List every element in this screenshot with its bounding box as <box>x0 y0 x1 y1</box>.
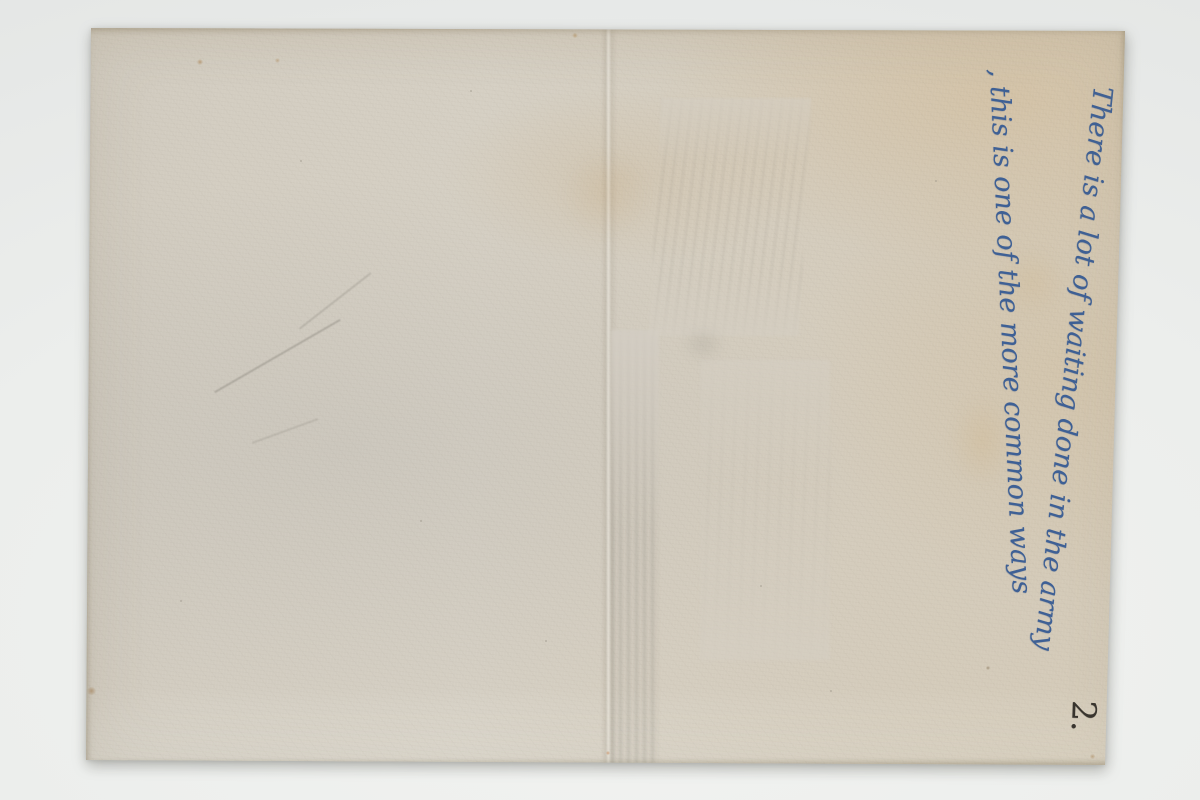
foxing-spot <box>572 33 578 38</box>
page-number: 2. <box>1064 700 1104 733</box>
age-stain <box>995 245 1067 317</box>
foxing-spot <box>986 666 990 670</box>
paper-shadow: There is a lot of waiting done in the ar… <box>0 0 1200 800</box>
foxing-spot <box>1090 754 1095 759</box>
paper-fleck <box>300 160 302 162</box>
scratch-mark <box>214 319 341 393</box>
graphite-smudge-column <box>611 330 659 765</box>
paper-sheet: There is a lot of waiting done in the ar… <box>0 0 1200 800</box>
handwriting-line-2: , this is one of the more common ways <box>983 68 1037 595</box>
paper-fleck <box>420 520 422 522</box>
scratch-mark <box>299 272 371 329</box>
scratch-mark <box>252 418 318 443</box>
paper-grain-texture <box>0 0 1200 800</box>
foxing-spot <box>275 58 280 63</box>
gray-smudge <box>682 328 724 360</box>
paper-fleck <box>760 585 762 587</box>
paper-fleck <box>180 600 182 602</box>
pencil-striations-upper <box>649 98 811 336</box>
foxing-spot <box>197 59 203 65</box>
foxing-spot <box>606 751 610 755</box>
pencil-striations-lower <box>700 360 830 660</box>
fold-crease <box>601 28 617 765</box>
handwriting-line-1: There is a lot of waiting done in the ar… <box>1028 85 1118 652</box>
age-stain <box>560 150 650 240</box>
paper-fleck <box>470 90 472 92</box>
foxing-spot <box>87 687 96 695</box>
photo-backdrop: There is a lot of waiting done in the ar… <box>0 0 1200 800</box>
paper-fleck <box>935 180 937 182</box>
paper-fleck <box>545 640 547 642</box>
age-stain <box>950 395 1014 487</box>
paper-fleck <box>830 690 832 692</box>
